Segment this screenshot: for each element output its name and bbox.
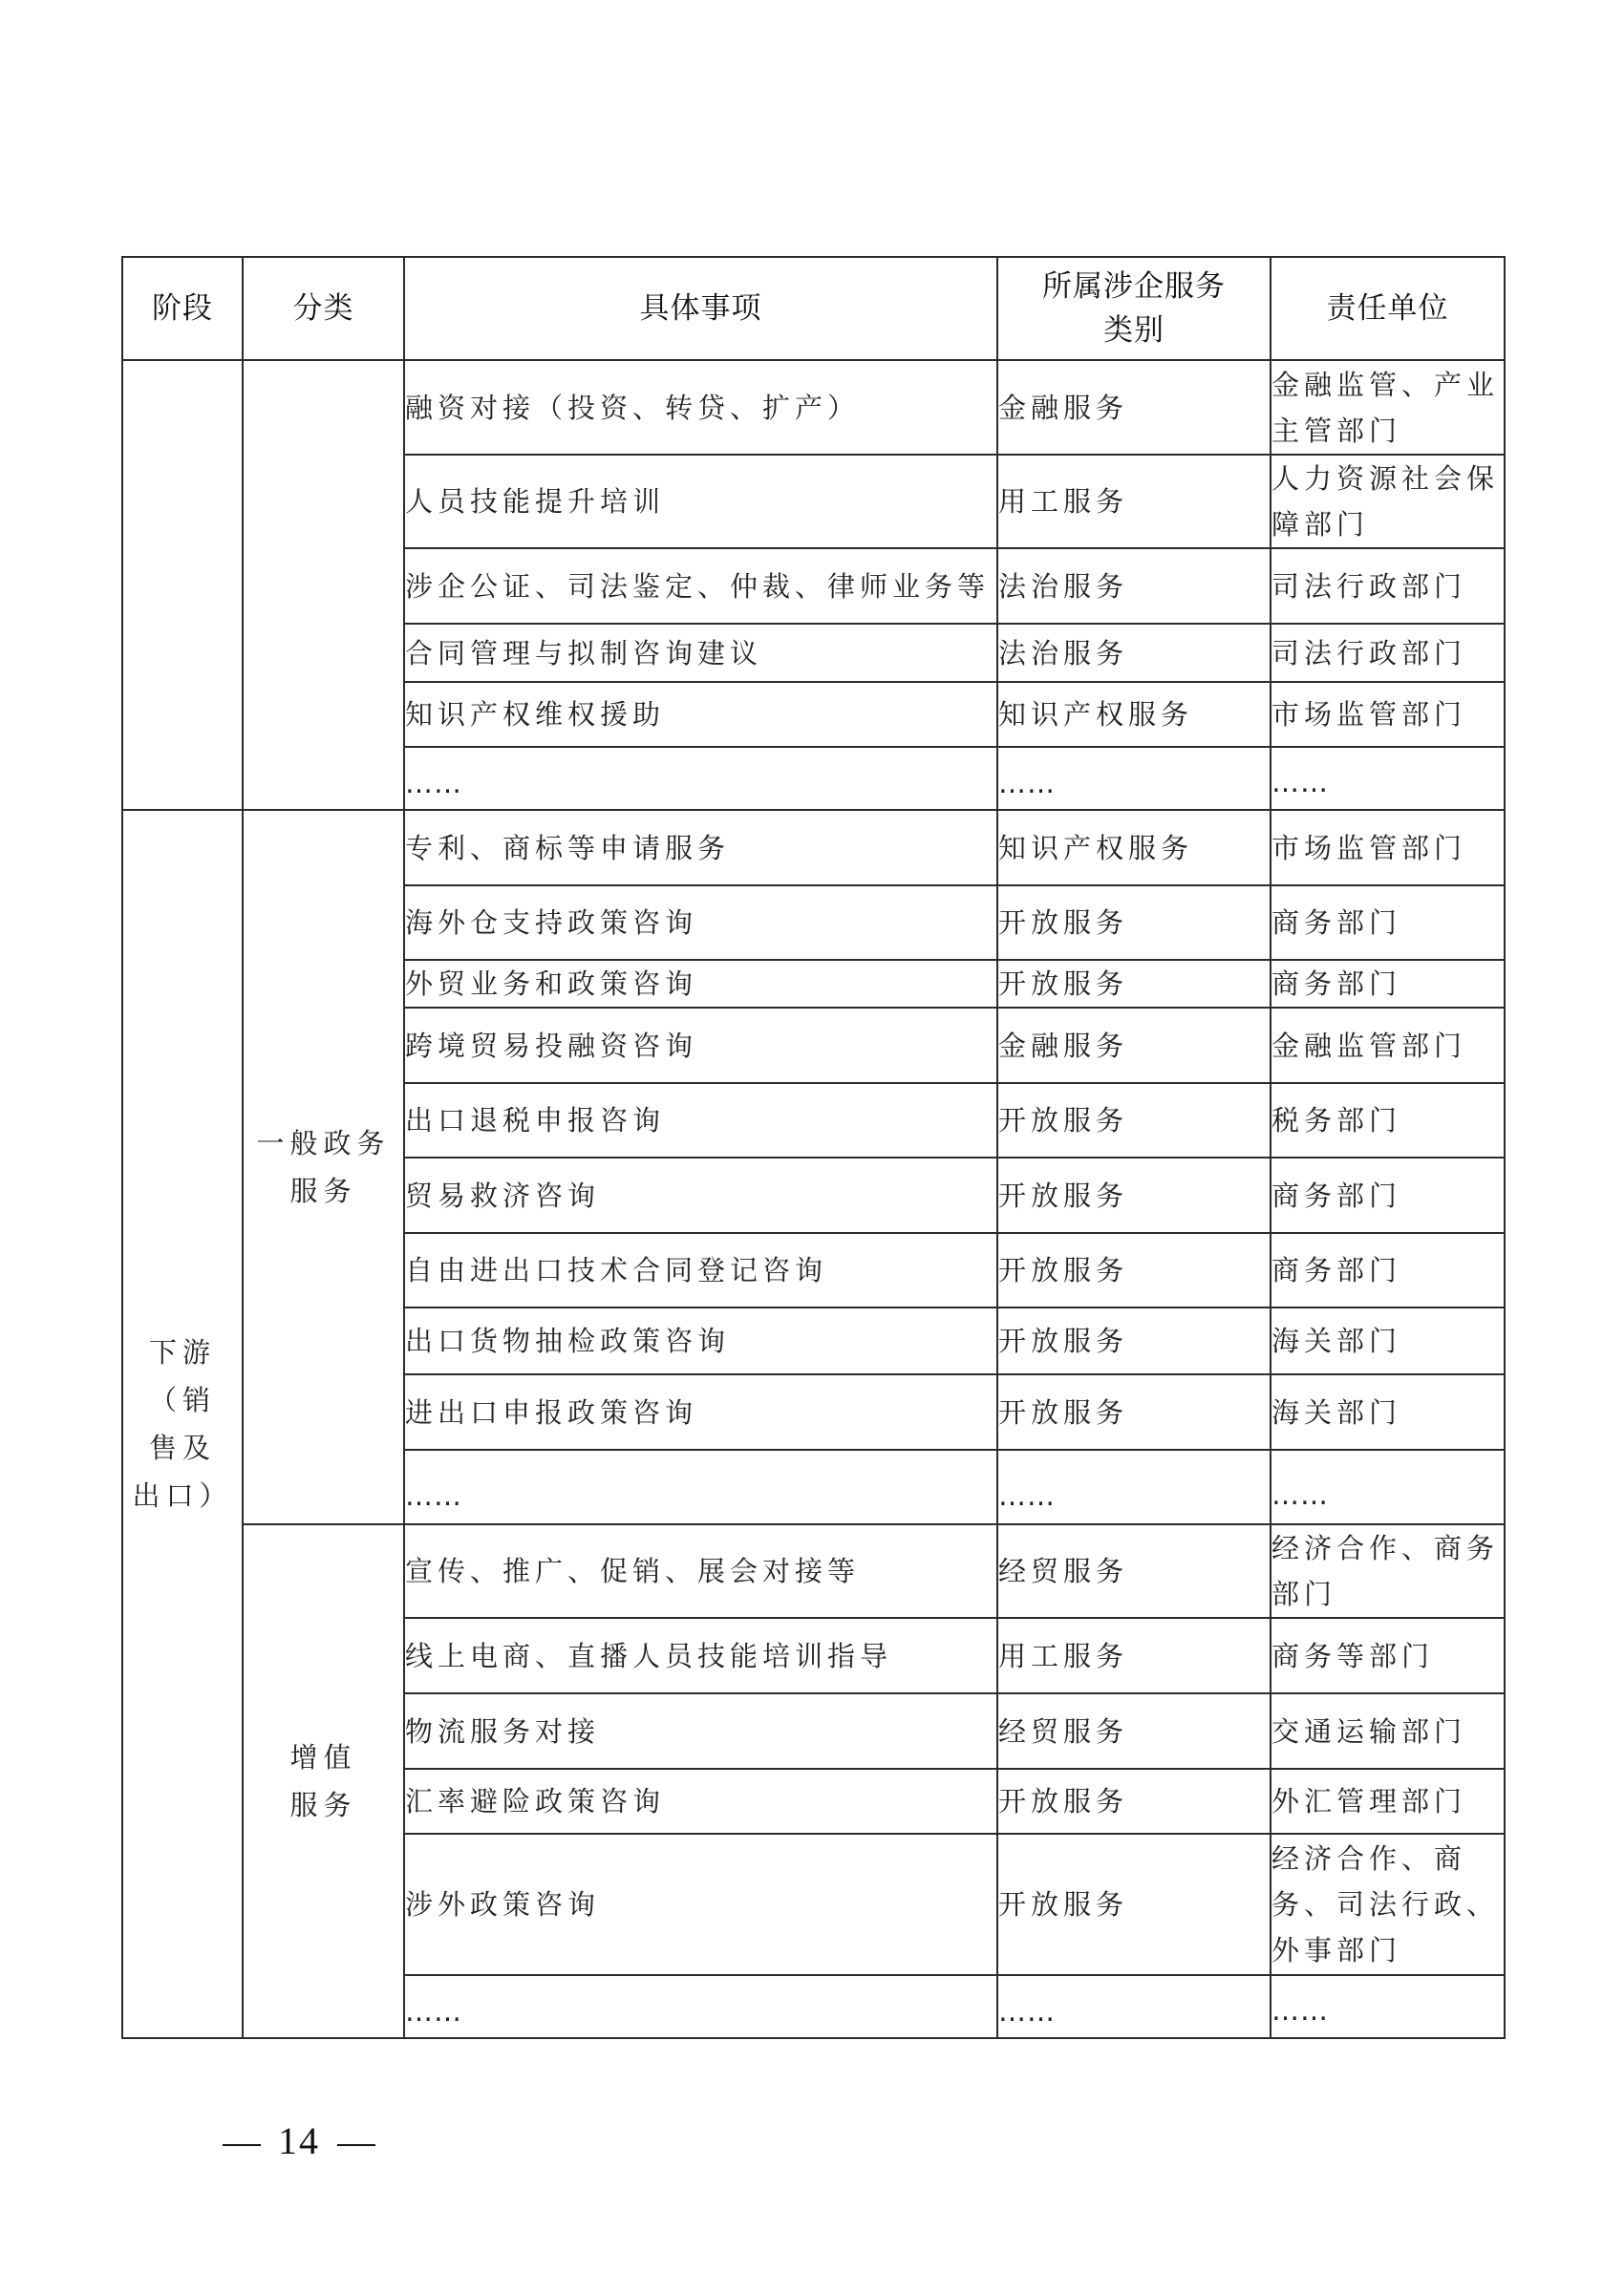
header-stage: 阶段: [122, 257, 243, 360]
page-dash-right: [337, 2144, 375, 2146]
item-cell-ellipsis: ……: [404, 1450, 997, 1524]
item-cell: 进出口申报政策咨询: [404, 1374, 997, 1450]
unit-cell-ellipsis: ……: [1271, 1975, 1505, 2038]
category-cell: 知识产权服务: [997, 810, 1271, 885]
category-cell: 用工服务: [997, 455, 1271, 548]
stage-line: （销: [149, 1384, 216, 1416]
stage-line: 售及: [149, 1432, 216, 1464]
category-cell: 开放服务: [997, 1307, 1271, 1374]
unit-cell: 商务部门: [1271, 960, 1505, 1008]
services-table: 阶段 分类 具体事项 所属涉企服务类别 责任单位 融资对接（投资、转贷、扩产） …: [121, 256, 1506, 2039]
stage-line: 出口）: [132, 1479, 232, 1512]
stage-cell-continued: [122, 360, 243, 810]
unit-cell: 经济合作、商务部门: [1271, 1524, 1505, 1618]
item-cell-ellipsis: ……: [404, 1975, 997, 2038]
category-cell: 金融服务: [997, 1008, 1271, 1083]
group-line: 服务: [289, 1789, 356, 1821]
page-dash-left: [223, 2144, 261, 2146]
unit-cell: 金融监管、产业主管部门: [1271, 360, 1505, 455]
unit-cell: 海关部门: [1271, 1374, 1505, 1450]
item-cell: 贸易救济咨询: [404, 1158, 997, 1233]
item-cell: 线上电商、直播人员技能培训指导: [404, 1618, 997, 1693]
category-cell: 经贸服务: [997, 1524, 1271, 1618]
stage-cell-downstream: 下游 （销 售及 出口）: [122, 810, 243, 2038]
category-cell: 开放服务: [997, 885, 1271, 960]
header-unit: 责任单位: [1271, 257, 1505, 360]
group-cell-value-added: 增值 服务: [243, 1524, 404, 2038]
category-cell: 开放服务: [997, 1083, 1271, 1158]
item-cell: 专利、商标等申请服务: [404, 810, 997, 885]
group-cell-general: 一般政务 服务: [243, 810, 404, 1524]
unit-cell: 海关部门: [1271, 1307, 1505, 1374]
item-cell: 出口退税申报咨询: [404, 1083, 997, 1158]
table-row: 下游 （销 售及 出口） 一般政务 服务 专利、商标等申请服务 知识产权服务 市…: [122, 810, 1505, 885]
item-cell: 人员技能提升培训: [404, 455, 997, 548]
unit-cell: 商务部门: [1271, 885, 1505, 960]
unit-cell: 市场监管部门: [1271, 682, 1505, 747]
category-cell: 开放服务: [997, 1158, 1271, 1233]
item-cell: 跨境贸易投融资咨询: [404, 1008, 997, 1083]
item-cell: 自由进出口技术合同登记咨询: [404, 1233, 997, 1307]
unit-cell: 商务等部门: [1271, 1618, 1505, 1693]
header-group: 分类: [243, 257, 404, 360]
item-cell: 知识产权维权援助: [404, 682, 997, 747]
header-item: 具体事项: [404, 257, 997, 360]
category-cell: 用工服务: [997, 1618, 1271, 1693]
unit-cell: 交通运输部门: [1271, 1693, 1505, 1769]
item-cell-ellipsis: ……: [404, 747, 997, 810]
unit-cell: 司法行政部门: [1271, 624, 1505, 682]
item-cell: 涉外政策咨询: [404, 1834, 997, 1975]
category-cell-ellipsis: ……: [997, 1975, 1271, 2038]
unit-cell: 市场监管部门: [1271, 810, 1505, 885]
header-category: 所属涉企服务类别: [997, 257, 1271, 360]
unit-cell: 司法行政部门: [1271, 548, 1505, 624]
unit-cell-ellipsis: ……: [1271, 1450, 1505, 1524]
group-cell-continued: [243, 360, 404, 810]
category-cell: 经贸服务: [997, 1693, 1271, 1769]
category-cell-ellipsis: ……: [997, 747, 1271, 810]
unit-cell: 金融监管部门: [1271, 1008, 1505, 1083]
group-line: 服务: [289, 1175, 356, 1207]
unit-cell: 经济合作、商务、司法行政、外事部门: [1271, 1834, 1505, 1975]
header-category-line2: 类别: [1103, 313, 1165, 348]
table-row: 融资对接（投资、转贷、扩产） 金融服务 金融监管、产业主管部门: [122, 360, 1505, 455]
category-cell: 法治服务: [997, 548, 1271, 624]
category-cell: 开放服务: [997, 1769, 1271, 1834]
category-cell: 开放服务: [997, 1374, 1271, 1450]
group-line: 一般政务: [256, 1127, 390, 1159]
unit-cell: 外汇管理部门: [1271, 1769, 1505, 1834]
category-cell: 开放服务: [997, 1233, 1271, 1307]
table-row: 增值 服务 宣传、推广、促销、展会对接等 经贸服务 经济合作、商务部门: [122, 1524, 1505, 1618]
item-cell: 出口货物抽检政策咨询: [404, 1307, 997, 1374]
category-cell: 开放服务: [997, 1834, 1271, 1975]
page-number-value: 14: [278, 2119, 320, 2162]
unit-cell: 税务部门: [1271, 1083, 1505, 1158]
stage-line: 下游: [149, 1336, 216, 1369]
unit-cell: 商务部门: [1271, 1233, 1505, 1307]
category-cell: 法治服务: [997, 624, 1271, 682]
header-category-line1: 所属涉企服务: [1042, 269, 1226, 304]
item-cell: 物流服务对接: [404, 1693, 997, 1769]
item-cell: 涉企公证、司法鉴定、仲裁、律师业务等: [404, 548, 997, 624]
item-cell: 合同管理与拟制咨询建议: [404, 624, 997, 682]
item-cell: 汇率避险政策咨询: [404, 1769, 997, 1834]
unit-cell: 商务部门: [1271, 1158, 1505, 1233]
item-cell: 宣传、推广、促销、展会对接等: [404, 1524, 997, 1618]
item-cell: 融资对接（投资、转贷、扩产）: [404, 360, 997, 455]
unit-cell: 人力资源社会保障部门: [1271, 455, 1505, 548]
category-cell: 开放服务: [997, 960, 1271, 1008]
item-cell: 海外仓支持政策咨询: [404, 885, 997, 960]
page-number: 14: [205, 2118, 393, 2163]
category-cell: 知识产权服务: [997, 682, 1271, 747]
group-line: 增值: [289, 1741, 356, 1774]
category-cell-ellipsis: ……: [997, 1450, 1271, 1524]
category-cell: 金融服务: [997, 360, 1271, 455]
unit-cell-ellipsis: ……: [1271, 747, 1505, 810]
item-cell: 外贸业务和政策咨询: [404, 960, 997, 1008]
header-row: 阶段 分类 具体事项 所属涉企服务类别 责任单位: [122, 257, 1505, 360]
